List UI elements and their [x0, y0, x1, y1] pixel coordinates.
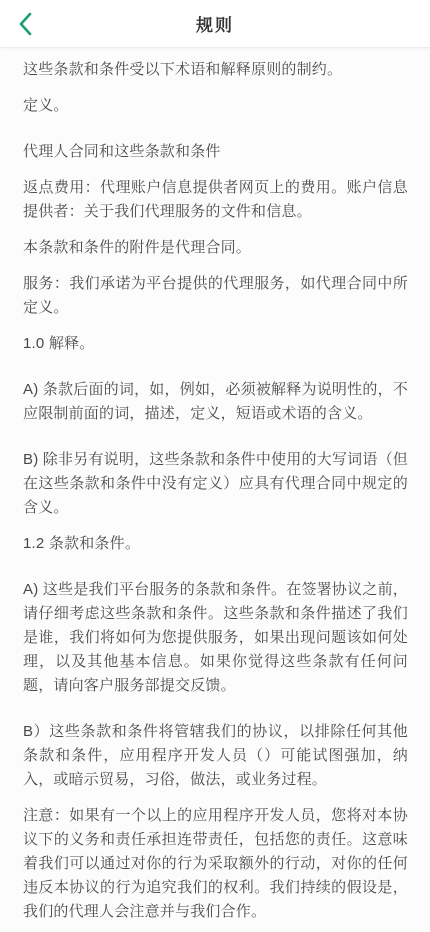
terms-paragraph: 本条款和条件的附件是代理合同。 [23, 236, 408, 260]
terms-paragraph: 服务：我们承诺为平台提供的代理服务，如代理合同中所定义。 [23, 272, 408, 320]
terms-paragraph: 返点费用：代理账户信息提供者网页上的费用。账户信息提供者：关于我们代理服务的文件… [23, 176, 408, 224]
terms-paragraph: 注意：如果有一个以上的应用程序开发人员，您将对本协议下的义务和责任承担连带责任，… [23, 804, 408, 924]
terms-paragraph: B）这些条款和条件将管辖我们的协议，以排除任何其他条款和条件，应用程序开发人员（… [23, 720, 408, 792]
page-title: 规则 [196, 11, 234, 36]
nav-bar: 规则 [0, 0, 430, 48]
terms-paragraph: 1.0 解释。 [23, 332, 408, 356]
rules-page: 规则 这些条款和条件受以下术语和解释原则的制约。定义。代理人合同和这些条款和条件… [0, 0, 430, 932]
terms-paragraph: 这些条款和条件受以下术语和解释原则的制约。 [23, 58, 408, 82]
chevron-left-icon [15, 11, 37, 37]
back-button[interactable] [6, 4, 46, 44]
terms-paragraph: B) 除非另有说明，这些条款和条件中使用的大写词语（但在这些条款和条件中没有定义… [23, 448, 408, 520]
terms-paragraph: 1.2 条款和条件。 [23, 532, 408, 556]
terms-paragraph: 定义。 [23, 94, 408, 118]
terms-paragraph: A) 条款后面的词，如，例如，必须被解释为说明性的，不应限制前面的词，描述，定义… [23, 378, 408, 426]
terms-paragraph: A) 这些是我们平台服务的条款和条件。在签署协议之前，请仔细考虑这些条款和条件。… [23, 578, 408, 698]
terms-paragraph: 代理人合同和这些条款和条件 [23, 140, 408, 164]
terms-content: 这些条款和条件受以下术语和解释原则的制约。定义。代理人合同和这些条款和条件返点费… [0, 48, 430, 932]
